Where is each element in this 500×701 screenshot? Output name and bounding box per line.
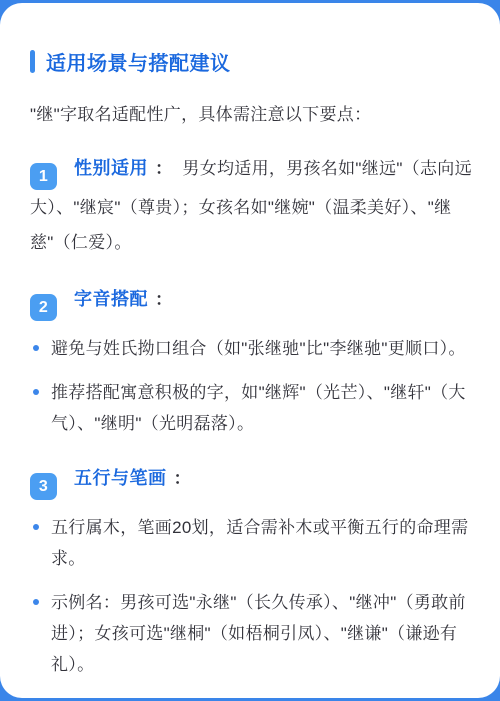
section-phonetics-bullet-list: 避免与姓氏拗口组合（如"张继驰"比"李继驰"更顺口）。 推荐搭配寓意积极的字，如… (30, 333, 472, 439)
section-label: 性别适用 (74, 158, 148, 178)
bullet-dot-icon (33, 345, 39, 351)
title-accent-bar (30, 50, 35, 73)
section-number-badge: 2 (30, 294, 57, 321)
section-wuxing-heading: 3 五行与笔画 ： (30, 461, 472, 500)
section-colon: ： (155, 290, 172, 309)
section-label: 五行与笔画 (74, 468, 167, 488)
bullet-text: 五行属木，笔画20划，适合需补木或平衡五行的命理需求。 (51, 518, 468, 568)
section-gender: 1 性别适用 ： 男女均适用，男孩名如"继远"（志向远大）、"继宸"（尊贵）；女… (30, 151, 472, 260)
list-item: 五行属木，笔画20划，适合需补木或平衡五行的命理需求。 (30, 512, 472, 574)
section-gender-paragraph: 1 性别适用 ： 男女均适用，男孩名如"继远"（志向远大）、"继宸"（尊贵）；女… (30, 151, 472, 260)
bullet-dot-icon (33, 389, 39, 395)
list-item: 避免与姓氏拗口组合（如"张继驰"比"李继驰"更顺口）。 (30, 333, 472, 364)
section-colon: ： (174, 469, 191, 488)
bullet-text: 避免与姓氏拗口组合（如"张继驰"比"李继驰"更顺口）。 (51, 339, 466, 358)
section-phonetics-heading: 2 字音搭配 ： (30, 282, 472, 321)
section-label: 字音搭配 (74, 289, 148, 309)
section-number-badge: 1 (30, 163, 57, 190)
page-background: { "colors": { "background-blue": "#3a85e… (0, 0, 500, 701)
intro-text: "继"字取名适配性广，具体需注意以下要点： (30, 100, 472, 130)
bullet-text: 示例名：男孩可选"永继"（长久传承）、"继冲"（勇敢前进）；女孩可选"继桐"（如… (51, 593, 466, 674)
list-item: 推荐搭配寓意积极的字，如"继辉"（光芒）、"继轩"（大气）、"继明"（光明磊落）… (30, 377, 472, 439)
section-wuxing-bullet-list: 五行属木，笔画20划，适合需补木或平衡五行的命理需求。 示例名：男孩可选"永继"… (30, 512, 472, 680)
section-number-badge: 3 (30, 473, 57, 500)
bullet-dot-icon (33, 599, 39, 605)
bullet-dot-icon (33, 524, 39, 530)
list-item: 示例名：男孩可选"永继"（长久传承）、"继冲"（勇敢前进）；女孩可选"继桐"（如… (30, 587, 472, 680)
section-colon: ： (155, 159, 172, 178)
section-phonetics: 2 字音搭配 ： 避免与姓氏拗口组合（如"张继驰"比"李继驰"更顺口）。 推荐搭… (30, 282, 472, 439)
section-wuxing: 3 五行与笔画 ： 五行属木，笔画20划，适合需补木或平衡五行的命理需求。 示例… (30, 461, 472, 680)
content-card: 适用场景与搭配建议 "继"字取名适配性广，具体需注意以下要点： 1 性别适用 ：… (0, 3, 500, 698)
page-title: 适用场景与搭配建议 (46, 47, 231, 76)
title-row: 适用场景与搭配建议 (30, 47, 472, 76)
bullet-text: 推荐搭配寓意积极的字，如"继辉"（光芒）、"继轩"（大气）、"继明"（光明磊落）… (51, 383, 466, 433)
